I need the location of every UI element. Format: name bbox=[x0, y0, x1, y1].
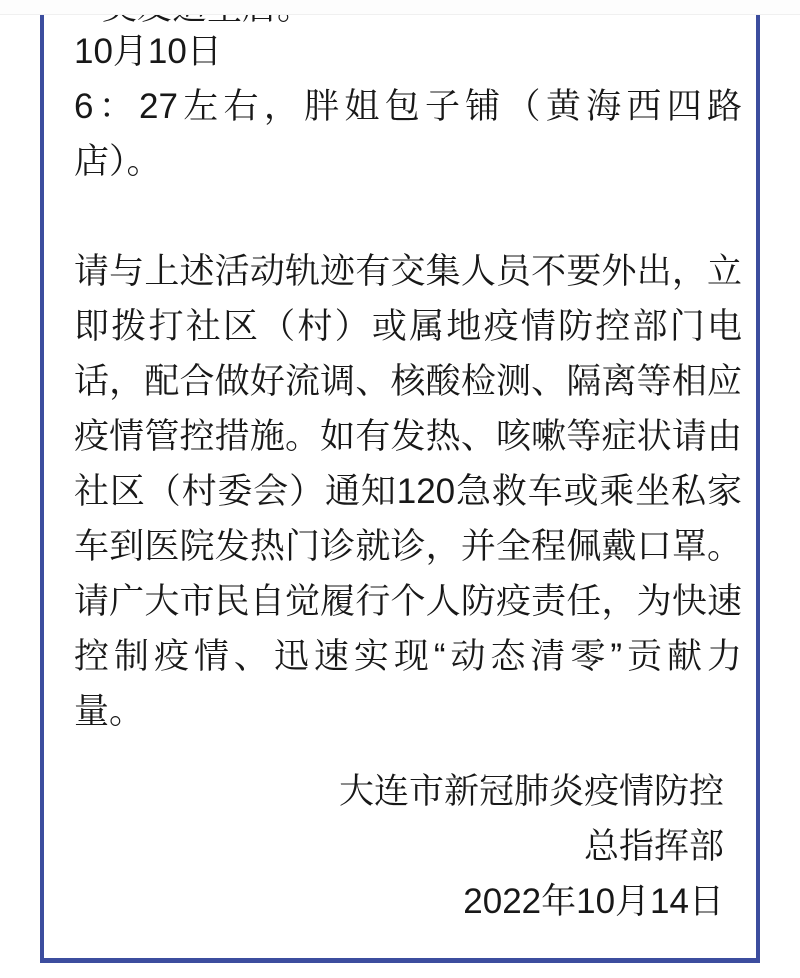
advisory-line: 请广大市民自觉履行个人防疫责任，为快速 bbox=[74, 574, 742, 629]
advisory-line: 话，配合做好流调、核酸检测、隔离等相应 bbox=[74, 354, 742, 409]
trajectory-place-tail: 店）。 bbox=[74, 134, 742, 189]
advisory-line: 即拨打社区（村）或属地疫情防控部门电 bbox=[74, 299, 742, 354]
top-overlay-strip bbox=[0, 0, 800, 15]
advisory-line: 疫情管控措施。如有发热、咳嗽等症状请由 bbox=[74, 409, 742, 464]
advisory-line: 请与上述活动轨迹有交集人员不要外出，立 bbox=[74, 244, 742, 299]
signature-block: 大连市新冠肺炎疫情防控 总指挥部 2022年10月14日 bbox=[74, 764, 742, 929]
signature-org-line2: 总指挥部 bbox=[74, 819, 724, 874]
notice-body: 美发造型店。 10月10日 6：27左右，胖姐包子铺（黄海西四路 店）。 请与上… bbox=[74, 0, 742, 929]
announcement-page: 美发造型店。 10月10日 6：27左右，胖姐包子铺（黄海西四路 店）。 请与上… bbox=[0, 0, 800, 978]
advisory-paragraph: 请与上述活动轨迹有交集人员不要外出，立 即拨打社区（村）或属地疫情防控部门电 话… bbox=[74, 244, 742, 739]
signature-org-line: 大连市新冠肺炎疫情防控 bbox=[74, 764, 724, 819]
notice-card: 美发造型店。 10月10日 6：27左右，胖姐包子铺（黄海西四路 店）。 请与上… bbox=[40, 0, 760, 963]
trajectory-place-line: 6：27左右，胖姐包子铺（黄海西四路 bbox=[74, 79, 742, 134]
advisory-line: 车到医院发热门诊就诊，并全程佩戴口罩。 bbox=[74, 519, 742, 574]
trajectory-date: 10月10日 bbox=[74, 24, 742, 79]
advisory-line: 控制疫情、迅速实现“动态清零”贡献力 bbox=[74, 629, 742, 684]
signature-date: 2022年10月14日 bbox=[74, 874, 724, 929]
trajectory-entry: 10月10日 6：27左右，胖姐包子铺（黄海西四路 店）。 bbox=[74, 24, 742, 189]
advisory-line: 社区（村委会）通知120急救车或乘坐私家 bbox=[74, 464, 742, 519]
advisory-line-tail: 量。 bbox=[74, 684, 742, 739]
